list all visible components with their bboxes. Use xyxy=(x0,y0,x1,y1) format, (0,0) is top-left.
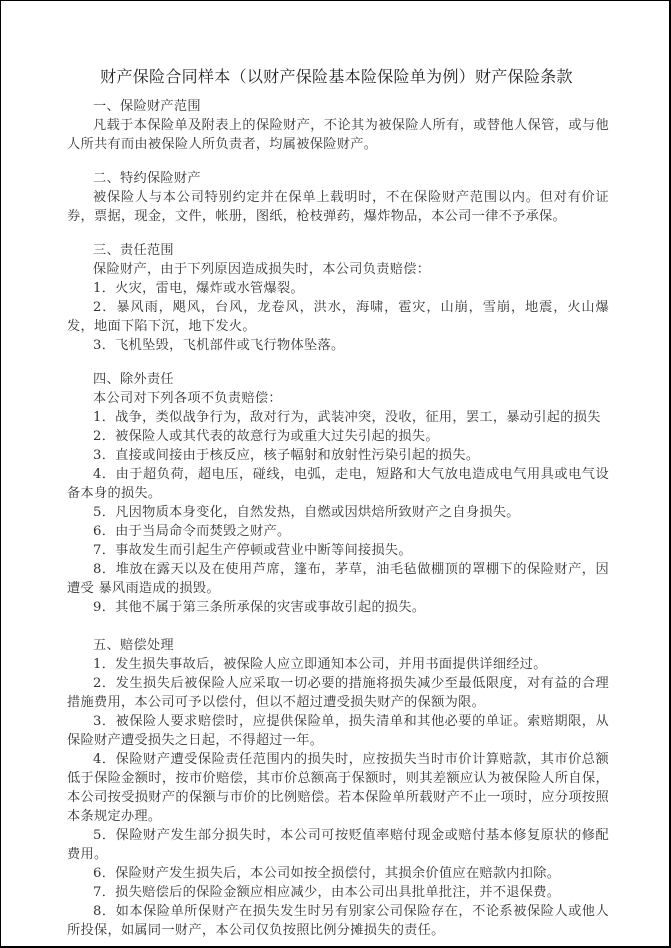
document-page: 财产保险合同样本（以财产保险基本险保险单为例）财产保险条款 一、保险财产范围 凡… xyxy=(0,0,671,948)
section-heading: 二、特约保险财产 xyxy=(67,169,609,188)
section-heading: 一、保险财产范围 xyxy=(67,97,609,116)
section-paragraph: 被保险人与本公司特别约定并在保单上载明时，不在保险财产范围以内。但对有价证券，票… xyxy=(67,188,609,226)
list-item: 1．发生损失事故后，被保险人应立即通知本公司，并用书面提供详细经过。 xyxy=(67,655,609,674)
list-item: 4．由于超负荷，超电压，碰线，电弧，走电，短路和大气放电造成电气用具或电气设备本… xyxy=(67,465,609,503)
section-paragraph: 凡载于本保险单及附表上的保险财产，不论其为被保险人所有，或替他人保管，或与他人所… xyxy=(67,116,609,154)
list-item: 6．保险财产发生损失后，本公司如按全损偿付，其损余价值应在赔款内扣除。 xyxy=(67,864,609,883)
list-item: 5．凡因物质本身变化，自然发热，自燃或因烘焙所致财产之自身损失。 xyxy=(67,503,609,522)
section-claims-handling: 五、赔偿处理 1．发生损失事故后，被保险人应立即通知本公司，并用书面提供详细经过… xyxy=(67,636,609,940)
section-exclusions: 四、除外责任 本公司对下列各项不负责赔偿： 1．战争，类似战争行为，敌对行为，武… xyxy=(67,370,609,617)
list-item: 3．直接或间接由于核反应，核子幅射和放射性污染引起的损失。 xyxy=(67,446,609,465)
document-body: 一、保险财产范围 凡载于本保险单及附表上的保险财产，不论其为被保险人所有，或替他… xyxy=(67,97,609,948)
section-paragraph: 本公司对下列各项不负责赔偿： xyxy=(67,389,609,408)
list-item: 7．事故发生而引起生产停顿或营业中断等间接损失。 xyxy=(67,541,609,560)
list-item: 8．堆放在露天以及在使用芦席，篷布，茅草，油毛毡做棚顶的罩棚下的保险财产，因遭受… xyxy=(67,560,609,598)
section-heading: 四、除外责任 xyxy=(67,370,609,389)
section-heading: 五、赔偿处理 xyxy=(67,636,609,655)
list-item: 2．暴风雨，飓风，台风，龙卷风，洪水，海啸，雹灾，山崩，雪崩，地震，火山爆发，地… xyxy=(67,298,609,336)
section-special-insured-property: 二、特约保险财产 被保险人与本公司特别约定并在保单上载明时，不在保险财产范围以内… xyxy=(67,169,609,226)
list-item: 2．发生损失后被保险人应采取一切必要的措施将损失减少至最低限度，对有益的合理措施… xyxy=(67,674,609,712)
list-item: 8．如本保险单所保财产在损失发生时另有别家公司保险存在，不论系被保险人或他人所投… xyxy=(67,902,609,940)
section-heading: 三、责任范围 xyxy=(67,241,609,260)
list-item: 3．被保险人要求赔偿时，应提供保险单，损失清单和其他必要的单证。索赔期限，从保险… xyxy=(67,712,609,750)
section-insured-property-scope: 一、保险财产范围 凡载于本保险单及附表上的保险财产，不论其为被保险人所有，或替他… xyxy=(67,97,609,154)
list-item: 9．其他不属于第三条所承保的灾害或事故引起的损失。 xyxy=(67,598,609,617)
list-item: 6．由于当局命令而焚毁之财产。 xyxy=(67,522,609,541)
list-item: 2．被保险人或其代表的故意行为或重大过失引起的损失。 xyxy=(67,427,609,446)
section-liability-scope: 三、责任范围 保险财产，由于下列原因造成损失时，本公司负责赔偿： 1．火灾，雷电… xyxy=(67,241,609,355)
list-item: 1．战争，类似战争行为，敌对行为，武装冲突，没收，征用，罢工，暴动引起的损失 xyxy=(67,408,609,427)
list-item: 1．火灾，雷电，爆炸或水管爆裂。 xyxy=(67,279,609,298)
list-item: 3．飞机坠毁，飞机部件或飞行物体坠落。 xyxy=(67,336,609,355)
list-item: 7．损失赔偿后的保险金额应相应减少，由本公司出具批单批注，并不退保费。 xyxy=(67,883,609,902)
list-item: 5．保险财产发生部分损失时，本公司可按贬值率赔付现金或赔付基本修复原状的修配费用… xyxy=(67,826,609,864)
section-paragraph: 保险财产，由于下列原因造成损失时，本公司负责赔偿： xyxy=(67,260,609,279)
document-title: 财产保险合同样本（以财产保险基本险保险单为例）财产保险条款 xyxy=(1,64,671,87)
list-item: 4．保险财产遭受保险责任范围内的损失时，应按损失当时市价计算赔款，其市价总额低于… xyxy=(67,750,609,826)
